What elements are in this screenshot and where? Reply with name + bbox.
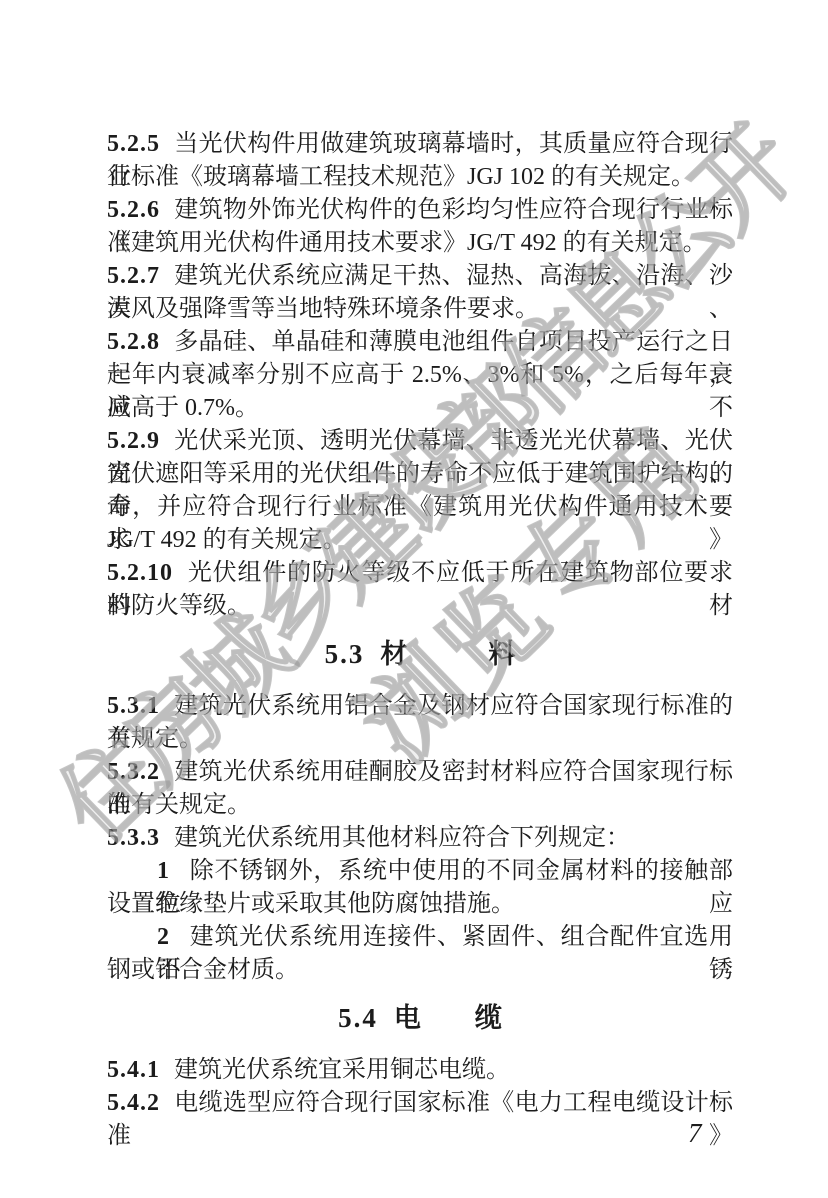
line-text: 料防火等级。 <box>107 593 251 619</box>
line-text: 的有关规定。 <box>107 792 251 818</box>
text-line: 5.2.6建筑物外饰光伏构件的色彩均匀性应符合现行行业标准 <box>107 194 733 227</box>
text-line: 5.2.7建筑光伏系统应满足干热、湿热、高海拔、沿海、沙漠、 <box>107 260 733 293</box>
text-line: 5.4.2电缆选型应符合现行国家标准《电力工程电缆设计标准》 <box>107 1087 733 1120</box>
page: 住房城乡建设部信息公开 浏览专用 5.2.5当光伏构件用做建筑玻璃幕墙时，其质量… <box>0 0 828 1198</box>
clause-number: 5.3.3 <box>107 825 160 851</box>
clause-number: 5.2.10 <box>107 560 173 586</box>
line-text: 材 料 <box>380 639 515 669</box>
line-text: 电 缆 <box>394 1003 502 1033</box>
text-line: 5.2.9光伏采光顶、透明光伏幕墙、非透光光伏幕墙、光伏窗、 <box>107 425 733 458</box>
clause-number: 5.4.2 <box>107 1090 160 1116</box>
line-text: 建筑光伏系统用其他材料应符合下列规定： <box>174 825 630 851</box>
text-line: 5.3.2建筑光伏系统用硅酮胶及密封材料应符合国家现行标准 <box>107 756 733 789</box>
page-number: 7 <box>688 1118 702 1149</box>
clause-number: 5.2.9 <box>107 428 160 454</box>
text-line: 关规定。 <box>107 723 733 756</box>
clause-number: 5.3.2 <box>107 759 160 785</box>
line-text: 大风及强降雪等当地特殊环境条件要求。 <box>107 296 539 322</box>
line-text: JG/T 492 的有关规定。 <box>107 527 347 553</box>
clause-number: 5.2.7 <box>107 263 160 289</box>
clause-number: 5.4.1 <box>107 1057 160 1083</box>
clause-number: 5.3.1 <box>107 693 160 719</box>
text-line: 命，并应符合现行行业标准《建筑用光伏构件通用技术要求》 <box>107 491 733 524</box>
text-line: 1除不锈钢外，系统中使用的不同金属材料的接触部位应 <box>107 855 733 888</box>
text-line: 5.4.1建筑光伏系统宜采用铜芯电缆。 <box>107 1054 733 1087</box>
text-line: 5.3.1建筑光伏系统用铝合金及钢材应符合国家现行标准的有 <box>107 690 733 723</box>
text-line: 5.2.8多晶硅、单晶硅和薄膜电池组件自项目投产运行之日起， <box>107 326 733 359</box>
clause-number: 5.2.8 <box>107 329 160 355</box>
text-line: 5.3.3建筑光伏系统用其他材料应符合下列规定： <box>107 822 733 855</box>
line-text: 钢或铝合金材质。 <box>107 957 299 983</box>
document-body: 5.2.5当光伏构件用做建筑玻璃幕墙时，其质量应符合现行行业标准《玻璃幕墙工程技… <box>107 128 733 1120</box>
clause-number: 5.2.6 <box>107 197 160 223</box>
section-number: 5.3 <box>325 639 365 669</box>
line-text: 应高于 0.7%。 <box>107 395 259 421</box>
text-line: 5.2.5当光伏构件用做建筑玻璃幕墙时，其质量应符合现行行 <box>107 128 733 161</box>
item-number: 1 <box>157 858 169 884</box>
line-text: 建筑光伏系统宜采用铜芯电缆。 <box>174 1057 510 1083</box>
section-heading: 5.3材 料 <box>107 637 733 672</box>
text-line: 5.2.10光伏组件的防火等级不应低于所在建筑物部位要求的材 <box>107 557 733 590</box>
line-text: 业标准《玻璃幕墙工程技术规范》JGJ 102 的有关规定。 <box>107 164 695 190</box>
line-text: 设置绝缘垫片或采取其他防腐蚀措施。 <box>107 891 515 917</box>
text-line: 的有关规定。 <box>107 789 733 822</box>
clause-number: 5.2.5 <box>107 131 160 157</box>
section-heading: 5.4电 缆 <box>107 1001 733 1036</box>
section-number: 5.4 <box>338 1003 378 1033</box>
text-line: 《建筑用光伏构件通用技术要求》JG/T 492 的有关规定。 <box>107 227 733 260</box>
line-text: 《建筑用光伏构件通用技术要求》JG/T 492 的有关规定。 <box>107 230 707 256</box>
item-number: 2 <box>157 924 169 950</box>
text-line: 一年内衰减率分别不应高于 2.5%、3%和 5%，之后每年衰减不 <box>107 359 733 392</box>
text-line: 光伏遮阳等采用的光伏组件的寿命不应低于建筑围护结构的寿 <box>107 458 733 491</box>
text-line: 2建筑光伏系统用连接件、紧固件、组合配件宜选用不锈 <box>107 921 733 954</box>
line-text: 关规定。 <box>107 726 203 752</box>
line-text: 电缆选型应符合现行国家标准《电力工程电缆设计标准》 <box>107 1090 733 1149</box>
text-line: 业标准《玻璃幕墙工程技术规范》JGJ 102 的有关规定。 <box>107 161 733 194</box>
